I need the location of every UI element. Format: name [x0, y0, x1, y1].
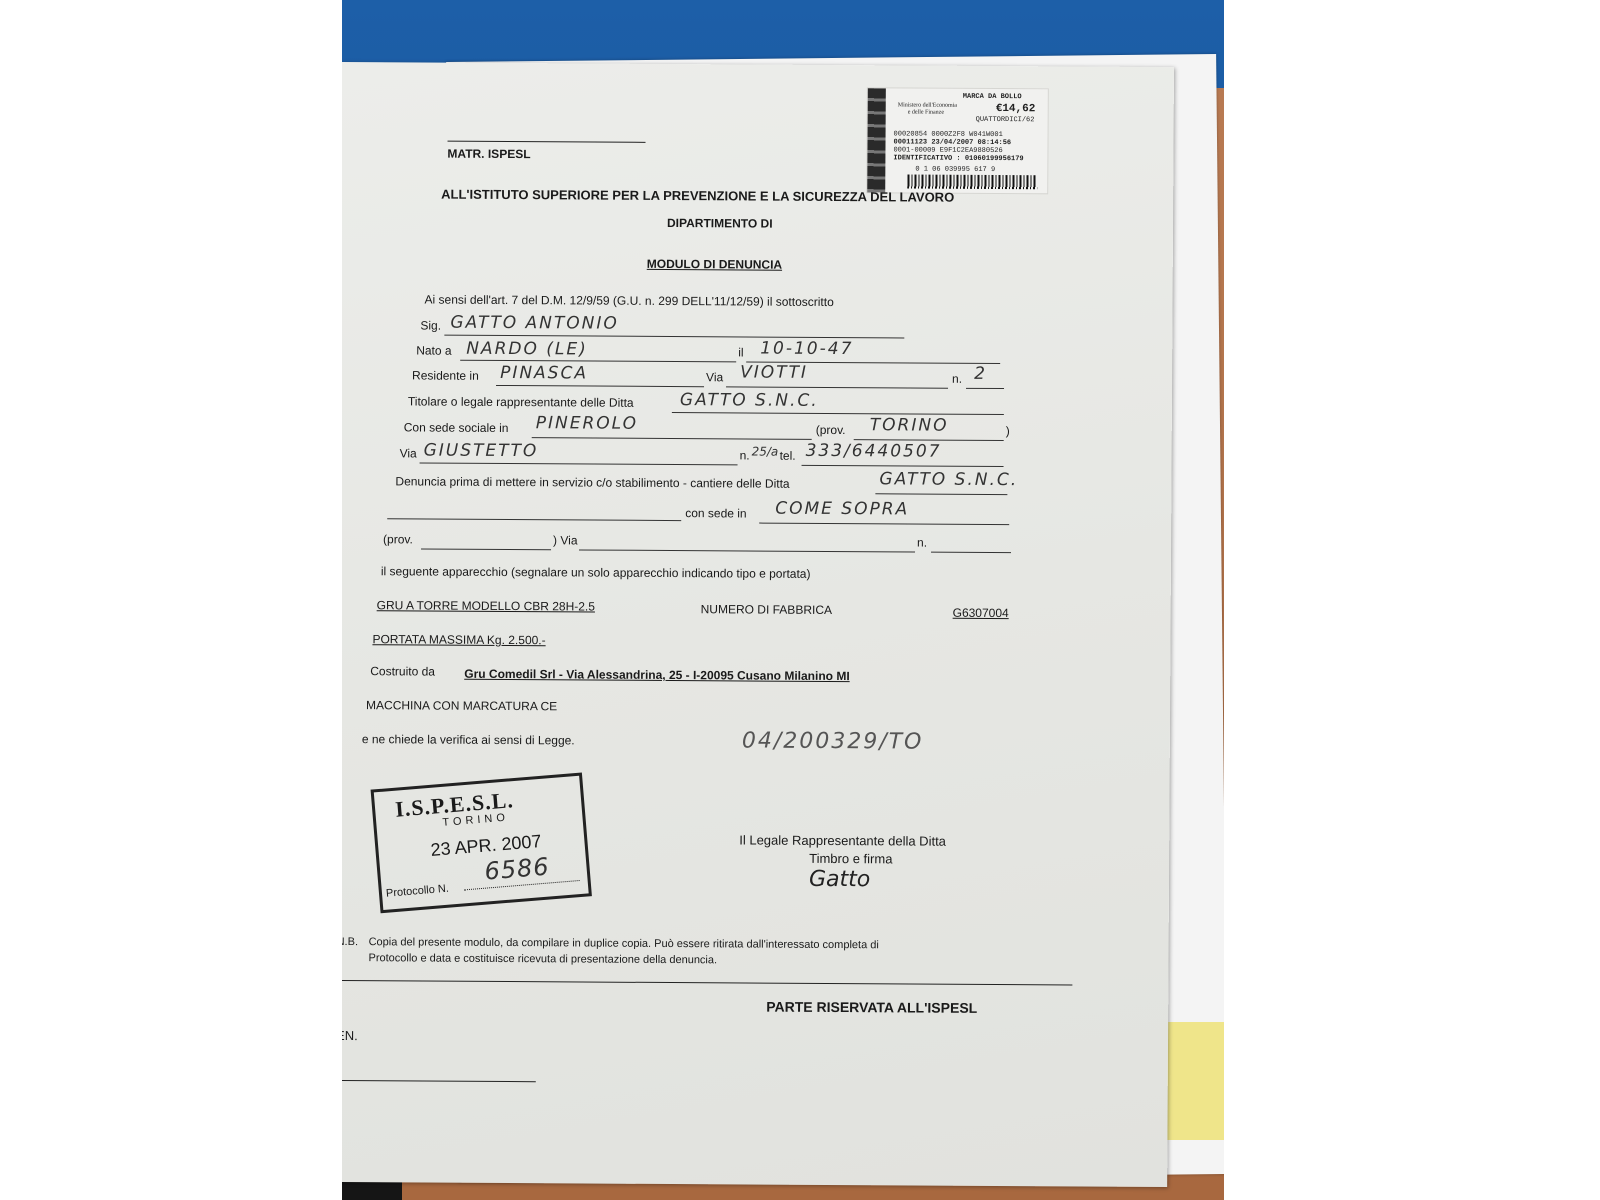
footer-divider: [342, 980, 1072, 985]
resident-label: Residente in: [412, 368, 479, 382]
seat-prov-close: ): [1006, 424, 1010, 438]
site-prov-label: (prov.: [383, 532, 413, 546]
seat-street-value: GIUSTETTO: [424, 441, 539, 462]
resident-line: [496, 385, 704, 387]
stamp-amount: €14,62: [996, 103, 1036, 115]
signature-scribble: Gatto: [809, 867, 870, 892]
protocol-stamp: I.S.P.E.S.L. TORINO 23 APR. 2007 6586 Pr…: [371, 772, 592, 913]
ce-mark: MACCHINA CON MARCATURA CE: [366, 698, 557, 713]
stamp-issuer: Ministero dell'Economia: [898, 102, 957, 108]
matr-label: MATR. ISPESL: [447, 147, 530, 162]
stamp-code-row: IDENTIFICATIVO : 01060199956179: [893, 154, 1023, 163]
stamp-title: MARCA DA BOLLO: [963, 93, 1022, 101]
device-serial-value: G6307004: [953, 606, 1009, 620]
handwritten-ref: 04/200329/TO: [742, 728, 924, 754]
declare-value: GATTO S.N.C.: [879, 469, 1018, 490]
owner-value: GATTO S.N.C.: [680, 390, 819, 411]
born-date-value: 10-10-47: [760, 339, 853, 360]
stamp-barcode: [907, 174, 1037, 189]
stamp-emblem-strip: [867, 88, 886, 192]
site-label: con sede in: [685, 506, 746, 520]
born-value: NARDO (LE): [466, 339, 588, 360]
site-line: [759, 523, 1009, 526]
note-line-1: Copia del presente modulo, da compilare …: [369, 936, 879, 951]
revenue-stamp: MARCA DA BOLLO Ministero dell'Economia e…: [866, 87, 1049, 194]
footer-short-line: [342, 1080, 536, 1082]
site-street-line: [579, 549, 915, 552]
form-title: MODULO DI DENUNCIA: [647, 257, 782, 272]
site-prov-close: ) Via: [553, 533, 578, 547]
seat-value: PINEROLO: [536, 413, 638, 434]
institute-name: ALL'ISTITUTO SUPERIORE PER LA PREVENZION…: [441, 187, 954, 205]
seat-street-line: [420, 462, 738, 465]
born-label: Nato a: [416, 343, 451, 357]
site-prov-line: [421, 548, 551, 550]
seat-street-label: Via: [400, 446, 417, 460]
signature-sublabel: Timbro e firma: [809, 851, 892, 867]
resident-street-value: VIOTTI: [740, 362, 808, 382]
seat-line: [532, 437, 812, 440]
yellow-sheet: [1162, 1022, 1224, 1140]
tel-label: tel.: [780, 449, 796, 463]
site-blank-line: [387, 518, 681, 521]
owner-line: [672, 412, 1004, 415]
intro-text: Ai sensi dell'art. 7 del D.M. 12/9/59 (G…: [425, 293, 834, 309]
tel-line: [802, 465, 1004, 467]
resident-street-label: Via: [706, 370, 723, 384]
declare-line: [875, 493, 1007, 495]
stamp-amount-words: QUATTORDICI/62: [976, 116, 1035, 124]
resident-number-value: 2: [974, 364, 987, 384]
resident-number-line: [966, 388, 1004, 389]
sig-line: [444, 335, 904, 339]
request-text: e ne chiede la verifica ai sensi di Legg…: [362, 732, 575, 747]
stamp-protocol-label: Protocollo N.: [386, 883, 450, 900]
seat-prov-value: TORINO: [870, 415, 949, 435]
capacity: PORTATA MASSIMA Kg. 2.500.-: [372, 632, 545, 647]
seat-prov-label: (prov.: [816, 423, 846, 437]
resident-value: PINASCA: [500, 363, 588, 384]
site-number-label: n.: [917, 536, 927, 550]
tel-value: 333/6440507: [806, 441, 942, 462]
partial-label: EN.: [342, 1028, 358, 1043]
note-line-2: Protocollo e data e costituisce ricevuta…: [368, 952, 717, 966]
resident-street-line: [726, 386, 948, 388]
device-intro: il seguente apparecchio (segnalare un so…: [381, 564, 811, 581]
device-serial-label: NUMERO DI FABBRICA: [701, 602, 832, 617]
builder-label: Costruito da: [370, 664, 435, 678]
seat-label: Con sede sociale in: [404, 420, 509, 435]
site-value: COME SOPRA: [775, 499, 909, 520]
note-label: N.B.: [342, 936, 358, 948]
resident-number-label: n.: [952, 372, 962, 386]
stamp-barcode-number: 0 1 06 039995 617 9: [915, 166, 995, 174]
reserved-label: PARTE RISERVATA ALL'ISPESL: [766, 999, 977, 1016]
device-model: GRU A TORRE MODELLO CBR 28H-2.5: [377, 598, 595, 613]
builder-value: Gru Comedil Srl - Via Alessandrina, 25 -…: [464, 667, 850, 683]
born-date-label: il: [738, 345, 743, 359]
matr-line: [448, 141, 646, 143]
stamp-protocol-number: 6586: [483, 852, 550, 885]
site-number-line: [931, 552, 1011, 553]
sig-label: Sig.: [420, 318, 441, 332]
department-label: DIPARTIMENTO DI: [667, 216, 773, 231]
seat-number-value: 25/a: [752, 445, 779, 459]
signature-label: Il Legale Rappresentante della Ditta: [739, 832, 946, 848]
owner-label: Titolare o legale rappresentante delle D…: [408, 394, 634, 409]
stamp-issuer-2: e delle Finanze: [908, 109, 944, 115]
declare-label: Denuncia prima di mettere in servizio c/…: [395, 474, 789, 490]
document-photo: MARCA DA BOLLO Ministero dell'Economia e…: [342, 0, 1224, 1200]
seat-number-label: n.: [740, 448, 750, 462]
sig-value: GATTO ANTONIO: [450, 313, 618, 334]
form-page: MARCA DA BOLLO Ministero dell'Economia e…: [342, 62, 1174, 1187]
